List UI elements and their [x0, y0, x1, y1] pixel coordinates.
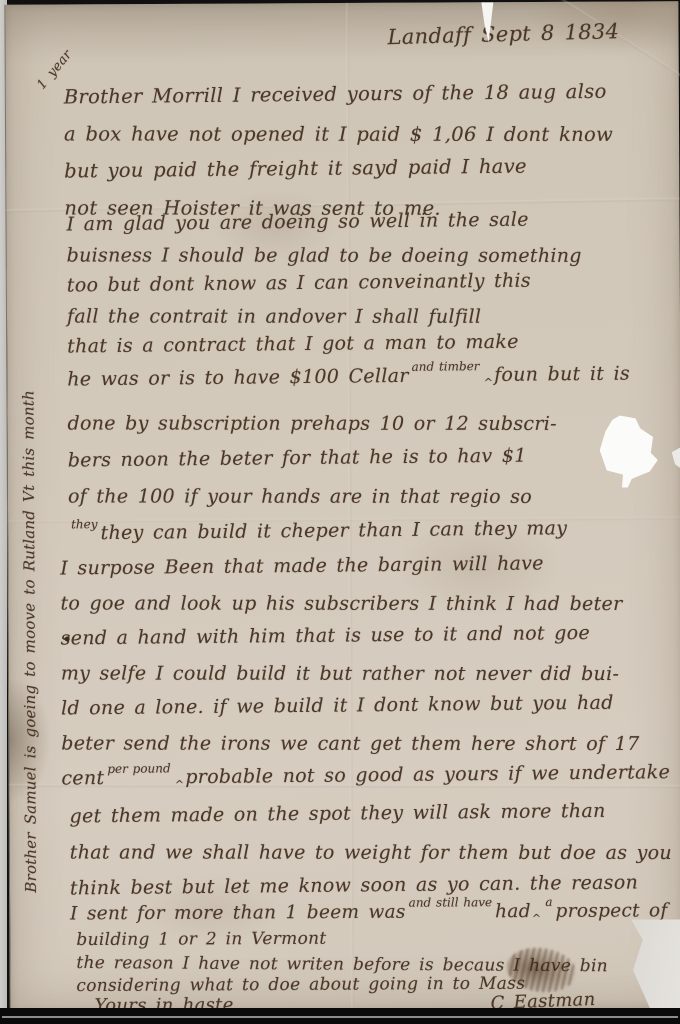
letter-line: but you paid the freight it sayd paid I …: [64, 147, 613, 190]
caret-mark: ^: [484, 376, 494, 389]
inserted-word: per pound: [107, 761, 171, 776]
ink-dot: [65, 636, 70, 641]
paper-nick-right-edge: [672, 443, 680, 473]
letter-line: bers noon the beter for that he is to ha…: [68, 436, 631, 478]
letter-line: get them made on the spot they will ask …: [69, 792, 671, 834]
inserted-word: a: [545, 895, 552, 909]
letter-line: Brother Morrill I received yours of the …: [64, 73, 613, 116]
scan-bottom-line: [2, 1016, 678, 1018]
paragraph: I surpose Been that made the bargin will…: [60, 548, 680, 803]
inserted-word: and still have: [409, 895, 493, 909]
caret-mark: ^: [532, 912, 542, 925]
line-text: cent: [61, 767, 104, 789]
letter-line-with-insert: he was or is to have $100 Cellarand timb…: [67, 356, 630, 406]
letter-line: send a hand with him that is use to it a…: [61, 615, 680, 657]
line-text: I sent for more than 1 beem was: [70, 902, 406, 925]
paragraph: get them made on the spot they will ask …: [70, 795, 673, 906]
inserted-word: they: [71, 517, 98, 531]
letter-paper: Landaff Sept 8 1834 Brother Morrill I re…: [4, 1, 680, 1012]
line-text: they can build it cheper than I can they…: [100, 517, 567, 544]
line-text: probable not so good as yours if we unde…: [185, 761, 680, 788]
inserted-word: and timber: [411, 359, 479, 374]
letter-line: I am glad you are doeing so well in the …: [66, 204, 581, 240]
line-text: had: [495, 901, 531, 922]
paragraph: I am glad you are doeing so well in the …: [66, 207, 582, 362]
line-text: he was or is to have $100 Cellar: [67, 365, 409, 391]
letter-line: ld one a lone. if we build it I dont kno…: [61, 685, 680, 727]
dateline: Landaff Sept 8 1834: [387, 19, 619, 49]
paragraph: he was or is to have $100 Cellarand timb…: [67, 359, 631, 554]
letter-line: I surpose Been that made the bargin will…: [60, 545, 680, 587]
caret-mark: ^: [175, 778, 185, 791]
line-text: prospect of: [555, 900, 667, 922]
letter-line-with-insert: I sent for more than 1 beem wasand still…: [70, 900, 680, 927]
vertical-margin-note: Brother Samuel is goeing to moove to Rut…: [19, 333, 40, 893]
letter-line: too but dont know as I can conveinantly …: [67, 265, 582, 301]
line-text: foun but it is: [494, 363, 630, 386]
scanned-letter: Landaff Sept 8 1834 Brother Morrill I re…: [0, 0, 680, 1024]
